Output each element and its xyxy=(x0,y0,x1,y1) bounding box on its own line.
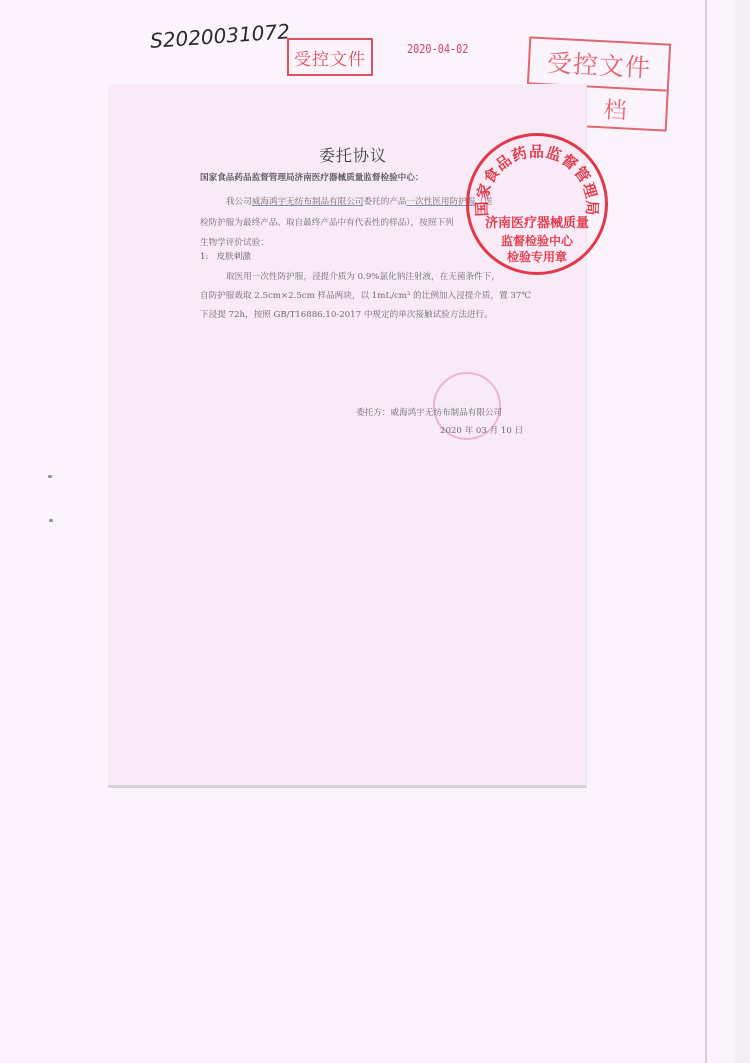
controlled-document-stamp: 受控文件 xyxy=(287,38,373,76)
seal-line1: 济南医疗器械质量 xyxy=(469,216,605,232)
binding-hole-mark xyxy=(49,519,53,522)
text-fragment: 委托的产品 xyxy=(364,197,407,207)
scan-margin xyxy=(735,0,750,1063)
paragraph1-line1: 我公司威海鸿宇无纺布制品有限公司委托的产品一次性医用防护服（送 xyxy=(226,195,492,207)
client-name: 威海鸿宇无纺布制品有限公司 xyxy=(390,408,502,418)
item-number: 1: xyxy=(200,252,208,262)
paragraph1-line3: 生物学评价试验： xyxy=(200,236,269,248)
client-line: 委托方：威海鸿宇无纺布制品有限公司 xyxy=(356,406,502,418)
seal-line2: 监督检验中心 xyxy=(469,233,605,249)
test-item-heading: 1: 皮肤刺激 xyxy=(200,250,251,262)
addressee: 国家食品药品监督管理局济南医疗器械质量监督检验中心： xyxy=(200,171,423,183)
paragraph2-line1: 取医用一次性防护服，浸提介质为 0.9%氯化钠注射液，在无菌条件下， xyxy=(226,270,500,282)
client-date: 2020 年 03 月 10 日 xyxy=(440,424,523,436)
binding-hole-mark xyxy=(48,475,52,478)
sheet-bottom-edge xyxy=(108,785,586,787)
paragraph2-line3: 下浸提 72h，按照 GB/T16886.10-2017 中规定的单次接触试验方… xyxy=(200,308,493,320)
svg-text:国家食品药品监督管理局: 国家食品药品监督管理局 xyxy=(473,142,602,216)
text-fragment: 我公司 xyxy=(226,197,252,207)
stamp-date: 2020-04-02 xyxy=(407,42,468,56)
company-name: 威海鸿宇无纺布制品有限公司 xyxy=(252,197,364,207)
paragraph1-line2: 检防护服为最终产品、取自最终产品中有代表性的样品），按照下列 xyxy=(200,216,454,228)
official-inspection-seal: 国家食品药品监督管理局 济南医疗器械质量 监督检验中心 检验专用章 xyxy=(466,133,608,275)
item-name: 皮肤刺激 xyxy=(217,252,251,262)
product-name: 一次性医用防护服 xyxy=(407,197,476,207)
paragraph2-line2: 自防护服裁取 2.5cm×2.5cm 样品两块，以 1mL/cm² 的比例加入浸… xyxy=(200,289,531,301)
client-label: 委托方： xyxy=(356,408,390,418)
seal-line3: 检验专用章 xyxy=(469,249,605,265)
